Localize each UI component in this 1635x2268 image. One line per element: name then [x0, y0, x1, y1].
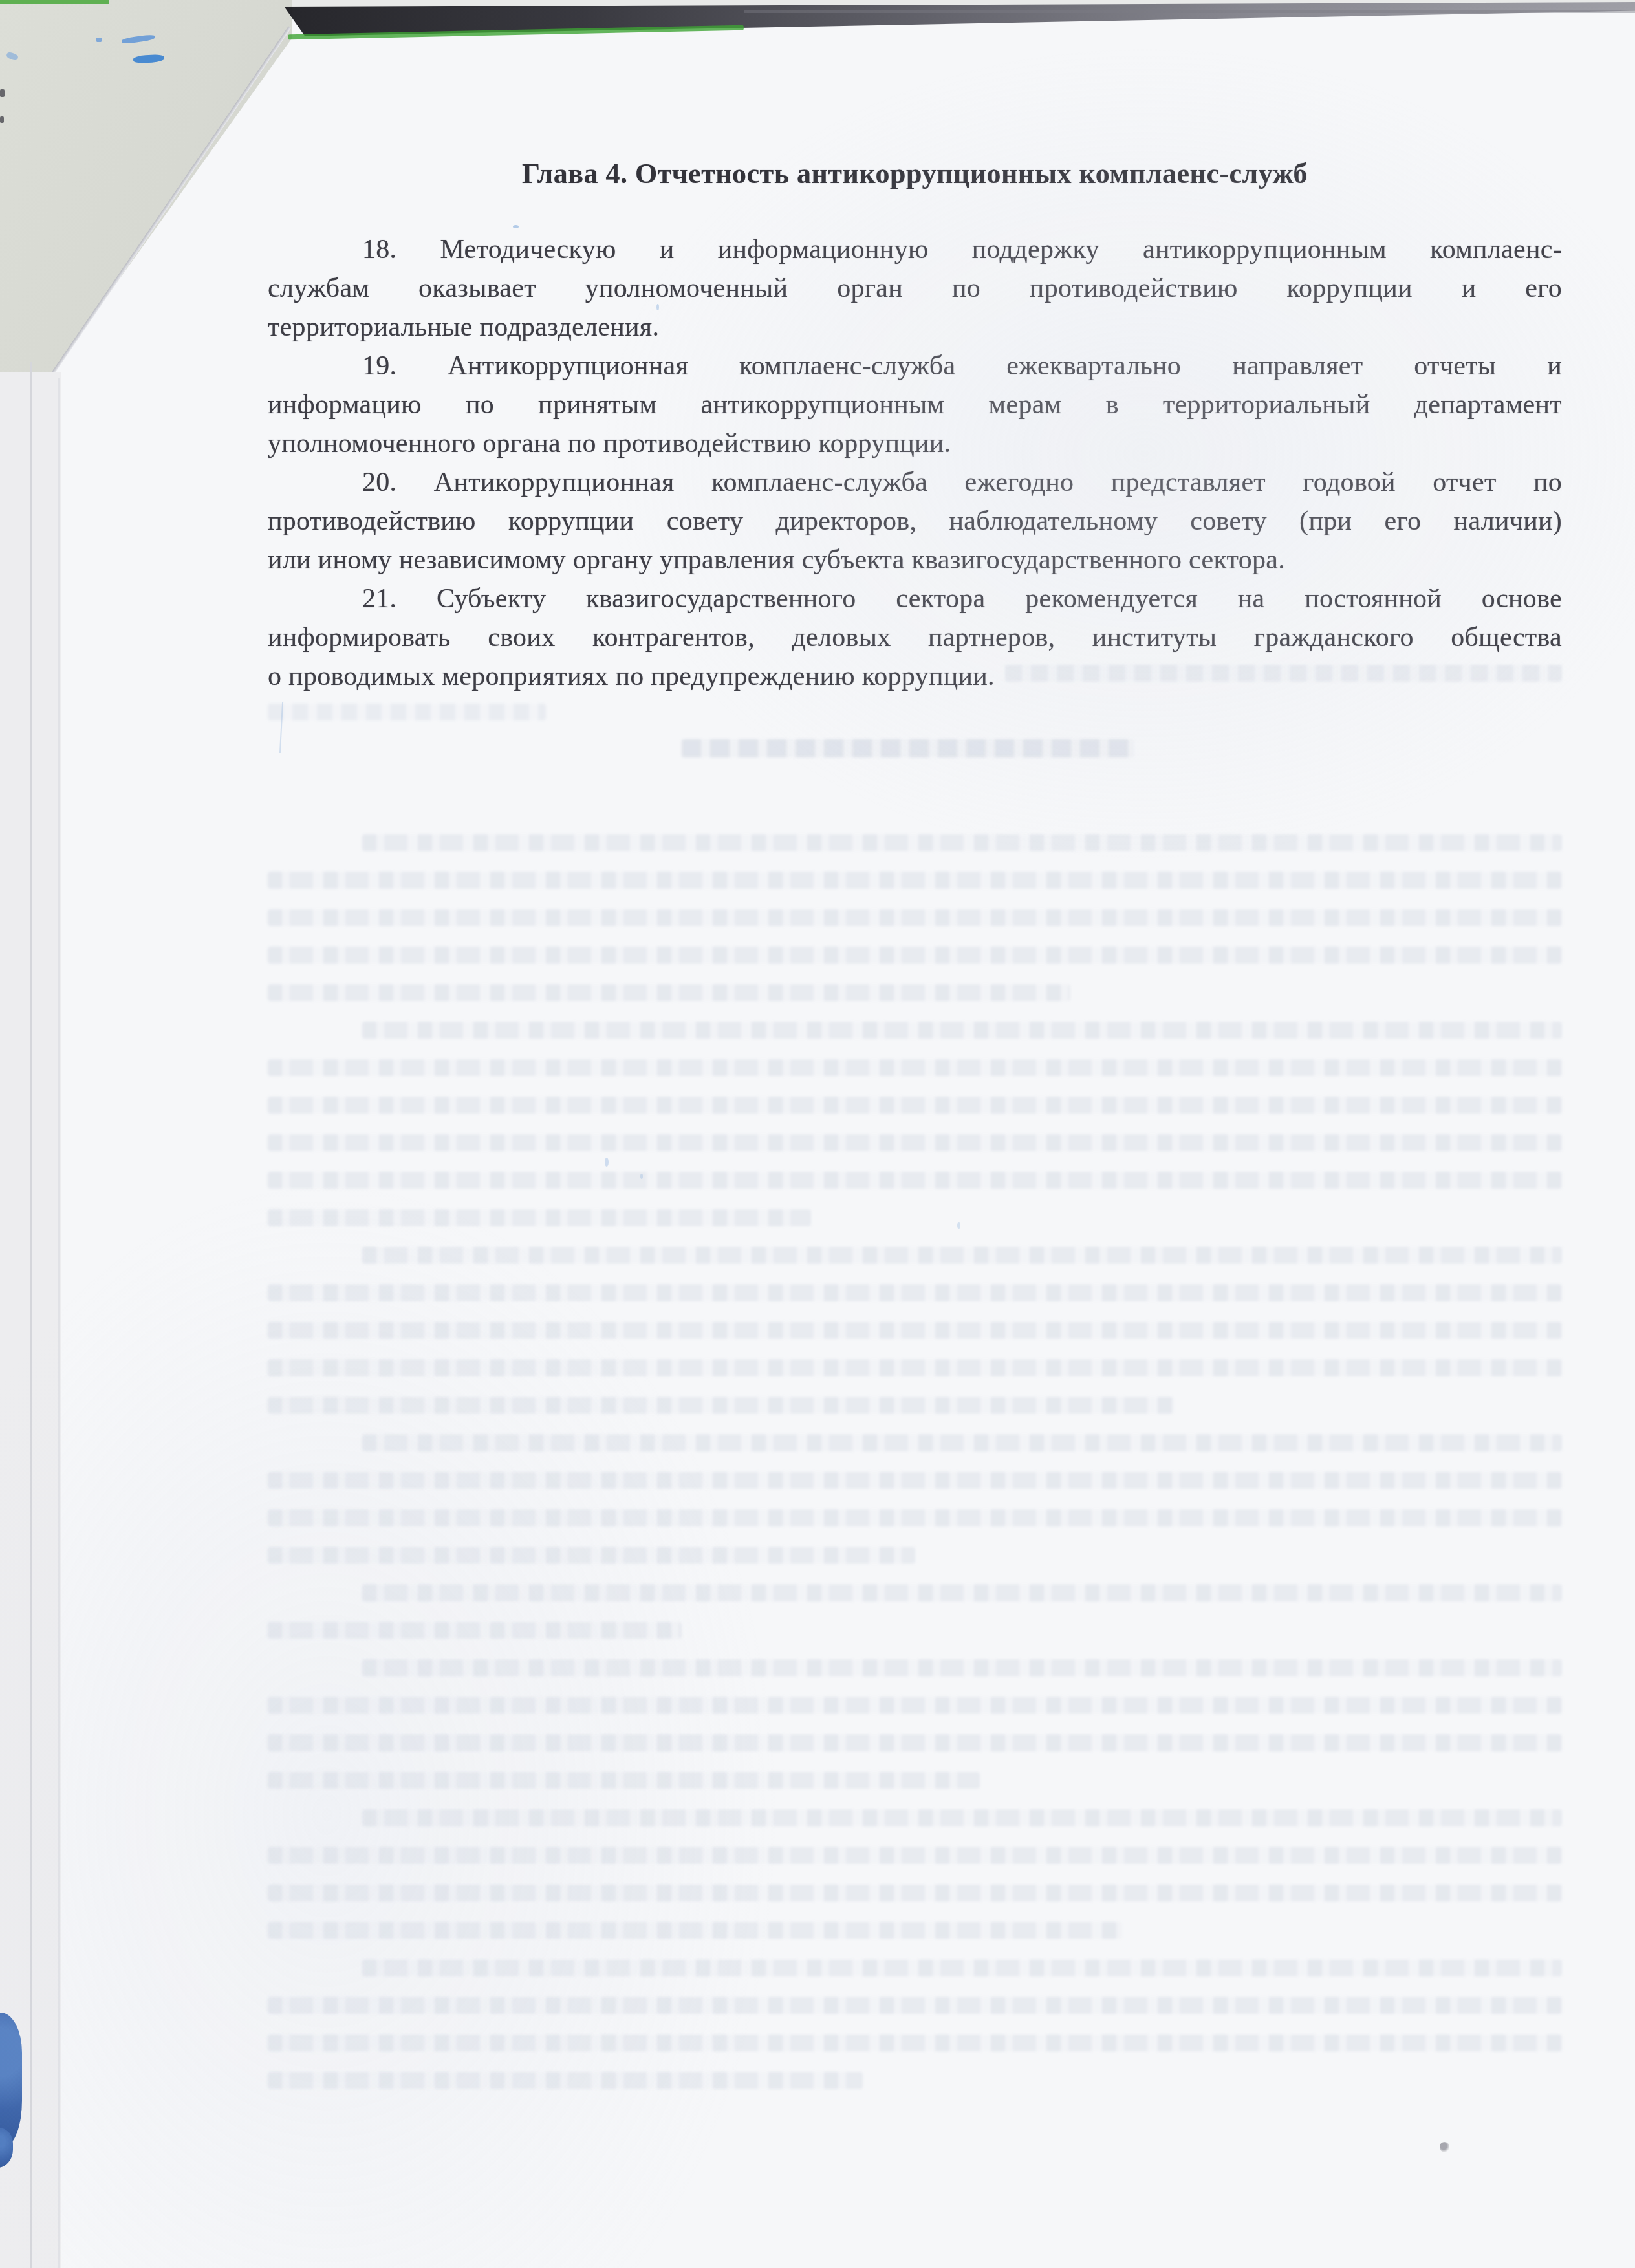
text-line: уполномоченного органа по противодействи… [268, 424, 1562, 463]
text-line: противодействию коррупции совету директо… [268, 502, 1562, 541]
edge-speck [0, 116, 4, 123]
text-line: 19. Антикоррупционная комплаенс-служба е… [268, 347, 1562, 385]
paragraph-19: 19. Антикоррупционная комплаенс-служба е… [268, 347, 1562, 463]
pen-mark [96, 38, 102, 42]
smudge-dot [1440, 2142, 1449, 2152]
text-line: или иному независимому органу управления… [268, 541, 1562, 579]
blue-speck [513, 225, 519, 228]
paragraph-18: 18. Методическую и информационную поддер… [268, 230, 1562, 347]
chapter-title: Глава 4. Отчетность антикоррупционных ко… [268, 157, 1562, 190]
page-top-gap-line [744, 10, 1635, 13]
blue-speck [605, 1158, 609, 1167]
page-edge-crease [58, 378, 60, 2268]
text-line: информировать своих контрагентов, деловы… [268, 618, 1562, 657]
blue-speck [957, 1222, 960, 1229]
paragraph-21: 21. Субъекту квазигосударственного секто… [268, 579, 1562, 696]
scanner-green-tick [0, 0, 109, 4]
text-line: 21. Субъекту квазигосударственного секто… [268, 579, 1562, 618]
paragraph-20: 20. Антикоррупционная комплаенс-служба е… [268, 463, 1562, 579]
text-line: 20. Антикоррупционная комплаенс-служба е… [268, 463, 1562, 502]
document-page: Глава 4. Отчетность антикоррупционных ко… [268, 0, 1562, 2268]
text-line: 18. Методическую и информационную поддер… [268, 230, 1562, 269]
text-line: службам оказывает уполномоченный орган п… [268, 269, 1562, 308]
text-line: территориальные подразделения. [268, 308, 1562, 347]
page-edge-crease [30, 362, 32, 2268]
ink-blob [0, 2013, 22, 2146]
scanned-page: Глава 4. Отчетность антикоррупционных ко… [0, 0, 1635, 2268]
text-line: о проводимых мероприятиях по предупрежде… [268, 657, 1562, 696]
blue-speck [656, 304, 659, 310]
blue-speck [640, 1174, 643, 1179]
edge-speck [0, 89, 5, 97]
text-line: информацию по принятым антикоррупционным… [268, 385, 1562, 424]
document-body: 18. Методическую и информационную поддер… [268, 230, 1562, 696]
